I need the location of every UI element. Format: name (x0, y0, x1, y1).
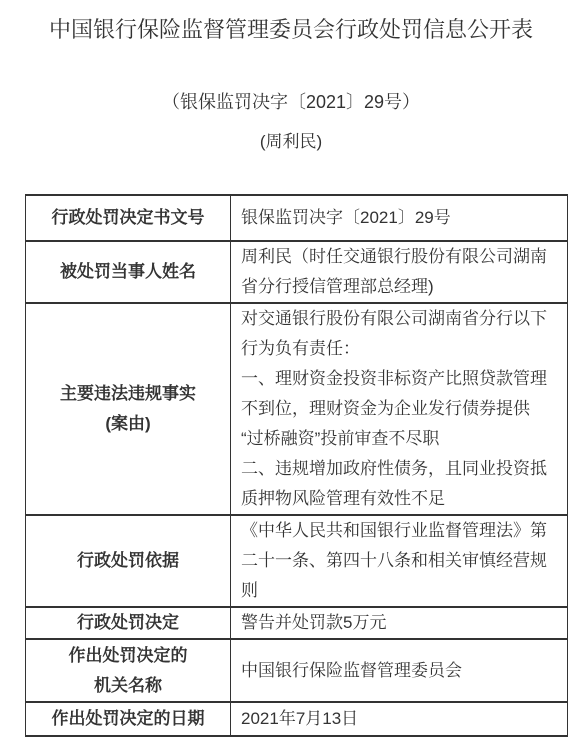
row-label: 行政处罚决定 (26, 606, 231, 638)
value-paragraph: 2021年7月13日 (241, 704, 547, 734)
table-row: 行政处罚依据《中华人民共和国银行业监督管理法》第二十一条、第四十八条和相关审慎经… (26, 514, 567, 606)
value-paragraph: 二、违规增加政府性债务，且同业投资抵质押物风险管理有效性不足 (241, 454, 547, 514)
table-row: 作出处罚决定的机关名称中国银行保险监督管理委员会 (26, 638, 567, 701)
row-value: 2021年7月13日 (231, 701, 567, 735)
row-value: 银保监罚决字〔2021〕29号 (231, 196, 567, 240)
row-label: 行政处罚依据 (26, 514, 231, 606)
row-value: 对交通银行股份有限公司湖南省分行以下行为负有责任：一、理财资金投资非标资产比照贷… (231, 302, 567, 514)
row-label: 行政处罚决定书文号 (26, 196, 231, 240)
penalty-table: 行政处罚决定书文号银保监罚决字〔2021〕29号被处罚当事人姓名周利民（时任交通… (25, 194, 568, 737)
row-label: 被处罚当事人姓名 (26, 240, 231, 302)
table-row: 行政处罚决定警告并处罚款5万元 (26, 606, 567, 638)
row-label: 作出处罚决定的日期 (26, 701, 231, 735)
row-value: 周利民（时任交通银行股份有限公司湖南省分行授信管理部总经理) (231, 240, 567, 302)
table-row: 主要违法违规事实(案由)对交通银行股份有限公司湖南省分行以下行为负有责任：一、理… (26, 302, 567, 514)
value-paragraph: 中国银行保险监督管理委员会 (241, 656, 547, 686)
value-paragraph: 周利民（时任交通银行股份有限公司湖南省分行授信管理部总经理) (241, 242, 547, 302)
penalty-table-body: 行政处罚决定书文号银保监罚决字〔2021〕29号被处罚当事人姓名周利民（时任交通… (26, 196, 567, 735)
value-paragraph: 银保监罚决字〔2021〕29号 (241, 203, 547, 233)
table-row: 作出处罚决定的日期2021年7月13日 (26, 701, 567, 735)
page-title: 中国银行保险监督管理委员会行政处罚信息公开表 (0, 14, 582, 46)
value-paragraph: 警告并处罚款5万元 (241, 608, 547, 638)
row-value: 《中华人民共和国银行业监督管理法》第二十一条、第四十八条和相关审慎经营规则 (231, 514, 567, 606)
doc-number: （银保监罚决字〔2021〕29号） (0, 88, 582, 116)
row-value: 警告并处罚款5万元 (231, 606, 567, 638)
penalty-disclosure-page: 中国银行保险监督管理委员会行政处罚信息公开表 （银保监罚决字〔2021〕29号）… (0, 0, 582, 737)
value-paragraph: 《中华人民共和国银行业监督管理法》第二十一条、第四十八条和相关审慎经营规则 (241, 516, 547, 606)
row-label: 主要违法违规事实(案由) (26, 302, 231, 514)
row-label: 作出处罚决定的机关名称 (26, 638, 231, 701)
table-row: 行政处罚决定书文号银保监罚决字〔2021〕29号 (26, 196, 567, 240)
value-paragraph: 对交通银行股份有限公司湖南省分行以下行为负有责任： (241, 304, 547, 364)
row-value: 中国银行保险监督管理委员会 (231, 638, 567, 701)
person-name: (周利民) (0, 128, 582, 156)
value-paragraph: 一、理财资金投资非标资产比照贷款管理不到位，理财资金为企业发行债券提供“过桥融资… (241, 364, 547, 454)
table-row: 被处罚当事人姓名周利民（时任交通银行股份有限公司湖南省分行授信管理部总经理) (26, 240, 567, 302)
